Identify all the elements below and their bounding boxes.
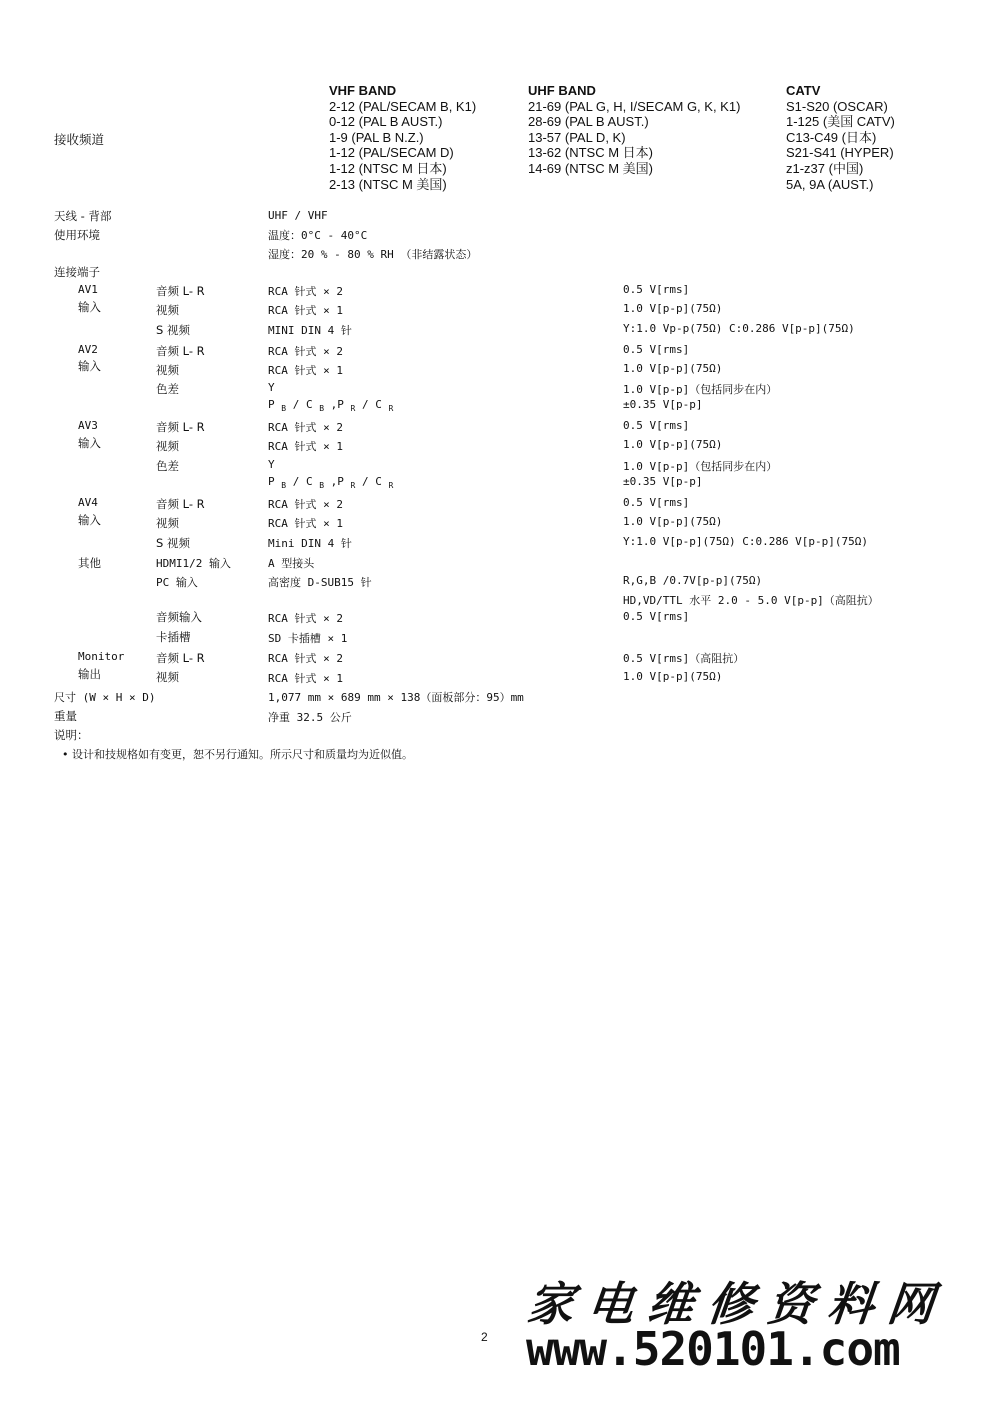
terminal-type: 视频	[156, 669, 179, 685]
terminal-group-name: AV1	[78, 283, 98, 296]
terminal-spec: 0.5 V[rms]	[623, 496, 689, 509]
terminal-connector: SD 卡插槽 × 1	[268, 630, 347, 646]
terminal-connector: RCA 针式 × 2	[268, 610, 343, 626]
terminal-connector: Y	[268, 458, 275, 471]
vhf-line: 2-13 (NTSC M 美国)	[329, 177, 476, 193]
terminal-type: 视频	[156, 362, 179, 378]
terminal-type: 音频 L- R	[156, 496, 205, 512]
uhf-line: 13-57 (PAL D, K)	[528, 130, 740, 146]
terminal-connector: MINI DIN 4 针	[268, 322, 352, 338]
terminal-spec: 0.5 V[rms]	[623, 283, 689, 296]
terminal-type: S 视频	[156, 535, 190, 551]
uhf-band-header: UHF BAND	[528, 83, 740, 99]
terminal-connector: RCA 针式 × 2	[268, 419, 343, 435]
catv-line: C13-C49 (日本)	[786, 130, 895, 146]
antenna-label: 天线 - 背部	[54, 208, 111, 224]
terminal-type: 音频输入	[156, 609, 202, 625]
catv-line: S1-S20 (OSCAR)	[786, 99, 895, 115]
terminal-connector-pb-pr: P B / C B ,P R / C R	[268, 475, 393, 488]
terminal-connector: RCA 针式 × 1	[268, 362, 343, 378]
terminal-spec: 1.0 V[p-p]（包括同步在内）	[623, 381, 777, 397]
vhf-line: 1-9 (PAL B N.Z.)	[329, 130, 476, 146]
terminal-type: PC 输入	[156, 574, 198, 590]
page-number: 2	[481, 1330, 488, 1344]
terminal-group-name: AV2	[78, 343, 98, 356]
terminal-spec: ±0.35 V[p-p]	[623, 475, 702, 488]
terminal-type: 色差	[156, 381, 179, 397]
terminal-spec: 1.0 V[p-p]（包括同步在内）	[623, 458, 777, 474]
catv-line: 1-125 (美国 CATV)	[786, 114, 895, 130]
terminal-connector: A 型接头	[268, 555, 314, 571]
catv-line: z1-z37 (中国)	[786, 161, 895, 177]
terminal-spec-secondary: HD,VD/TTL 水平 2.0 - 5.0 V[p-p]（高阻抗）	[623, 592, 879, 608]
terminals-label: 连接端子	[54, 264, 100, 280]
terminal-spec: Y:1.0 Vp-p(75Ω) C:0.286 V[p-p](75Ω)	[623, 322, 855, 335]
terminal-spec: 1.0 V[p-p](75Ω)	[623, 670, 722, 683]
terminal-spec: 1.0 V[p-p](75Ω)	[623, 515, 722, 528]
terminal-connector: RCA 针式 × 1	[268, 515, 343, 531]
terminal-spec: Y:1.0 V[p-p](75Ω) C:0.286 V[p-p](75Ω)	[623, 535, 868, 548]
terminal-type: HDMI1/2 输入	[156, 555, 231, 571]
terminal-type: 视频	[156, 302, 179, 318]
terminal-connector: Mini DIN 4 针	[268, 535, 352, 551]
terminal-type: 音频 L- R	[156, 343, 205, 359]
antenna-value: UHF / VHF	[268, 209, 328, 222]
note-item: • 设计和技规格如有变更，恕不另行通知。所示尺寸和质量均为近似值。	[62, 746, 413, 762]
terminal-group-name-sub: 输出	[78, 666, 101, 682]
dimensions-value: 1,077 mm × 689 mm × 138（面板部分：95）mm	[268, 689, 524, 705]
terminal-connector: 高密度 D-SUB15 针	[268, 574, 372, 590]
vhf-line: 2-12 (PAL/SECAM B, K1)	[329, 99, 476, 115]
vhf-band-column: VHF BAND 2-12 (PAL/SECAM B, K1) 0-12 (PA…	[329, 83, 476, 192]
terminal-spec: 1.0 V[p-p](75Ω)	[623, 302, 722, 315]
terminal-spec: 0.5 V[rms]	[623, 419, 689, 432]
terminal-group-name-sub: 输入	[78, 512, 101, 528]
receive-channel-label: 接收频道	[54, 130, 104, 148]
terminal-connector: Y	[268, 381, 275, 394]
catv-line: 5A, 9A (AUST.)	[786, 177, 895, 193]
terminal-spec: 0.5 V[rms]	[623, 343, 689, 356]
terminal-connector: RCA 针式 × 2	[268, 343, 343, 359]
terminal-spec: 0.5 V[rms]（高阻抗）	[623, 650, 744, 666]
terminal-connector: RCA 针式 × 1	[268, 302, 343, 318]
vhf-line: 1-12 (PAL/SECAM D)	[329, 145, 476, 161]
terminal-type: 卡插槽	[156, 629, 191, 645]
terminal-group-name: AV4	[78, 496, 98, 509]
uhf-band-column: UHF BAND 21-69 (PAL G, H, I/SECAM G, K, …	[528, 83, 740, 177]
temperature-value: 温度：0°C - 40°C	[268, 227, 367, 243]
terminal-connector: RCA 针式 × 2	[268, 283, 343, 299]
uhf-line: 28-69 (PAL B AUST.)	[528, 114, 740, 130]
terminal-type: 视频	[156, 515, 179, 531]
terminal-spec: R,G,B /0.7V[p-p](75Ω)	[623, 574, 762, 587]
catv-column: CATV S1-S20 (OSCAR) 1-125 (美国 CATV) C13-…	[786, 83, 895, 192]
environment-label: 使用环境	[54, 227, 100, 243]
terminal-spec: 0.5 V[rms]	[623, 610, 689, 623]
notes-label: 说明：	[54, 727, 89, 743]
catv-header: CATV	[786, 83, 895, 99]
terminal-group-name: 其他	[78, 555, 101, 571]
watermark-url: www.520101.com	[526, 1326, 900, 1372]
uhf-line: 13-62 (NTSC M 日本)	[528, 145, 740, 161]
terminal-spec: 1.0 V[p-p](75Ω)	[623, 362, 722, 375]
terminal-group-name: AV3	[78, 419, 98, 432]
weight-label: 重量	[54, 708, 77, 724]
terminal-spec: ±0.35 V[p-p]	[623, 398, 702, 411]
terminal-type: 音频 L- R	[156, 419, 205, 435]
dimensions-label: 尺寸 (W × H × D)	[54, 689, 155, 705]
vhf-line: 1-12 (NTSC M 日本)	[329, 161, 476, 177]
terminal-connector: RCA 针式 × 1	[268, 670, 343, 686]
terminal-type: 视频	[156, 438, 179, 454]
vhf-band-header: VHF BAND	[329, 83, 476, 99]
terminal-spec: 1.0 V[p-p](75Ω)	[623, 438, 722, 451]
catv-line: S21-S41 (HYPER)	[786, 145, 895, 161]
terminal-connector-pb-pr: P B / C B ,P R / C R	[268, 398, 393, 411]
vhf-line: 0-12 (PAL B AUST.)	[329, 114, 476, 130]
terminal-type: 音频 L- R	[156, 283, 205, 299]
terminal-type: 音频 L- R	[156, 650, 205, 666]
weight-value: 净重 32.5 公斤	[268, 709, 352, 725]
terminal-connector: RCA 针式 × 1	[268, 438, 343, 454]
terminal-type: S 视频	[156, 322, 190, 338]
terminal-group-name-sub: 输入	[78, 299, 101, 315]
terminal-group-name-sub: 输入	[78, 435, 101, 451]
terminal-group-name-sub: 输入	[78, 358, 101, 374]
uhf-line: 14-69 (NTSC M 美国)	[528, 161, 740, 177]
terminal-connector: RCA 针式 × 2	[268, 650, 343, 666]
terminal-type: 色差	[156, 458, 179, 474]
terminal-connector: RCA 针式 × 2	[268, 496, 343, 512]
humidity-value: 湿度：20 % - 80 % RH （非结露状态）	[268, 246, 477, 262]
terminal-group-name: Monitor	[78, 650, 124, 663]
uhf-line: 21-69 (PAL G, H, I/SECAM G, K, K1)	[528, 99, 740, 115]
